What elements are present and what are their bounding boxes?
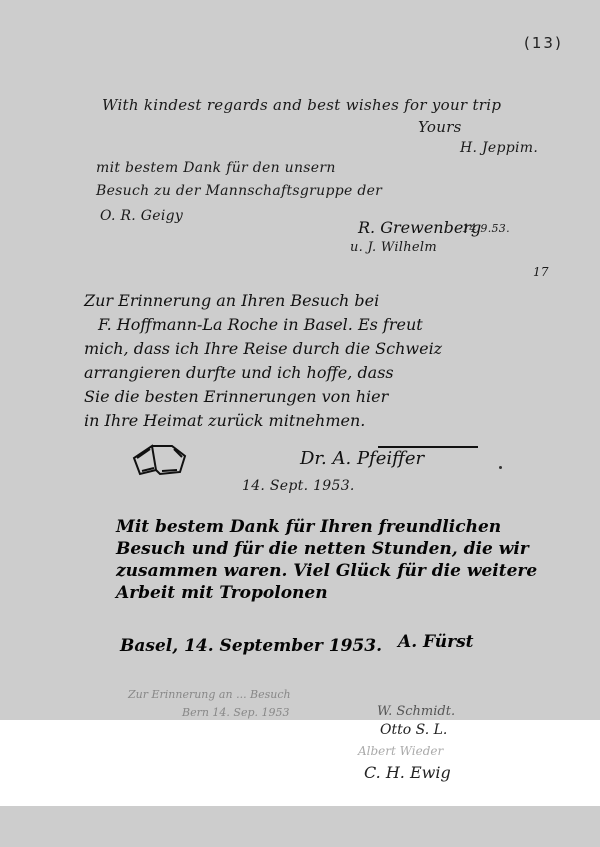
faded-note-line: Bern 14. Sep. 1953: [182, 706, 290, 719]
german-note-1-cosignature: u. J. Wilhelm: [350, 240, 437, 255]
german-note-2-line: mich, dass ich Ihre Reise durch die Schw…: [84, 337, 442, 361]
english-note-signature: H. Jeppim.: [460, 140, 538, 156]
english-note-closing: Yours: [418, 118, 462, 136]
faded-signature: Albert Wieder: [358, 744, 443, 758]
faded-signature: W. Schmidt.: [377, 704, 455, 719]
german-note-1-line: Besuch zu der Mannschaftsgruppe der: [96, 183, 382, 199]
scan-white-band: [0, 720, 600, 806]
german-note-2-line: Sie die besten Erinnerungen von hier: [84, 385, 442, 409]
faded-signature: Otto S. L.: [380, 722, 447, 738]
faded-note-line: Zur Erinnerung an ... Besuch: [128, 688, 291, 701]
german-note-1-line: O. R. Geigy: [100, 208, 183, 224]
german-note-3-signature: A. Fürst: [398, 632, 474, 652]
german-note-3-line: Arbeit mit Tropolonen: [116, 582, 537, 604]
german-note-2-line: arrangieren durfte und ich hoffe, dass: [84, 361, 442, 385]
german-note-3-body: Mit bestem Dank für Ihren freundlichen B…: [116, 516, 537, 604]
faded-signature: C. H. Ewig: [364, 763, 451, 782]
german-note-2-date: 14. Sept. 1953.: [242, 478, 355, 494]
signature-underline: [378, 446, 478, 448]
ink-dot: [499, 466, 502, 469]
english-note-line: With kindest regards and best wishes for…: [102, 96, 501, 114]
german-note-2-signature: Dr. A. Pfeiffer: [300, 448, 424, 469]
margin-mark: 17: [533, 265, 549, 279]
german-note-1-date: 14.9.53.: [462, 222, 510, 235]
azulene-structure-icon: [130, 442, 202, 480]
german-note-2-line: F. Hoffmann-La Roche in Basel. Es freut: [98, 313, 456, 337]
german-note-1-line: mit bestem Dank für den unsern: [96, 160, 336, 176]
german-note-3-line: Mit bestem Dank für Ihren freundlichen: [116, 516, 537, 538]
german-note-2-line: in Ihre Heimat zurück mitnehmen.: [84, 409, 442, 433]
german-note-3-place-date: Basel, 14. September 1953.: [120, 636, 382, 656]
german-note-2-body: Zur Erinnerung an Ihren Besuch bei F. Ho…: [84, 289, 442, 433]
german-note-3-line: Besuch und für die netten Stunden, die w…: [116, 538, 537, 560]
page-number: (13): [524, 34, 563, 52]
german-note-2-line: Zur Erinnerung an Ihren Besuch bei: [84, 289, 442, 313]
german-note-3-line: zusammen waren. Viel Glück für die weite…: [116, 560, 537, 582]
